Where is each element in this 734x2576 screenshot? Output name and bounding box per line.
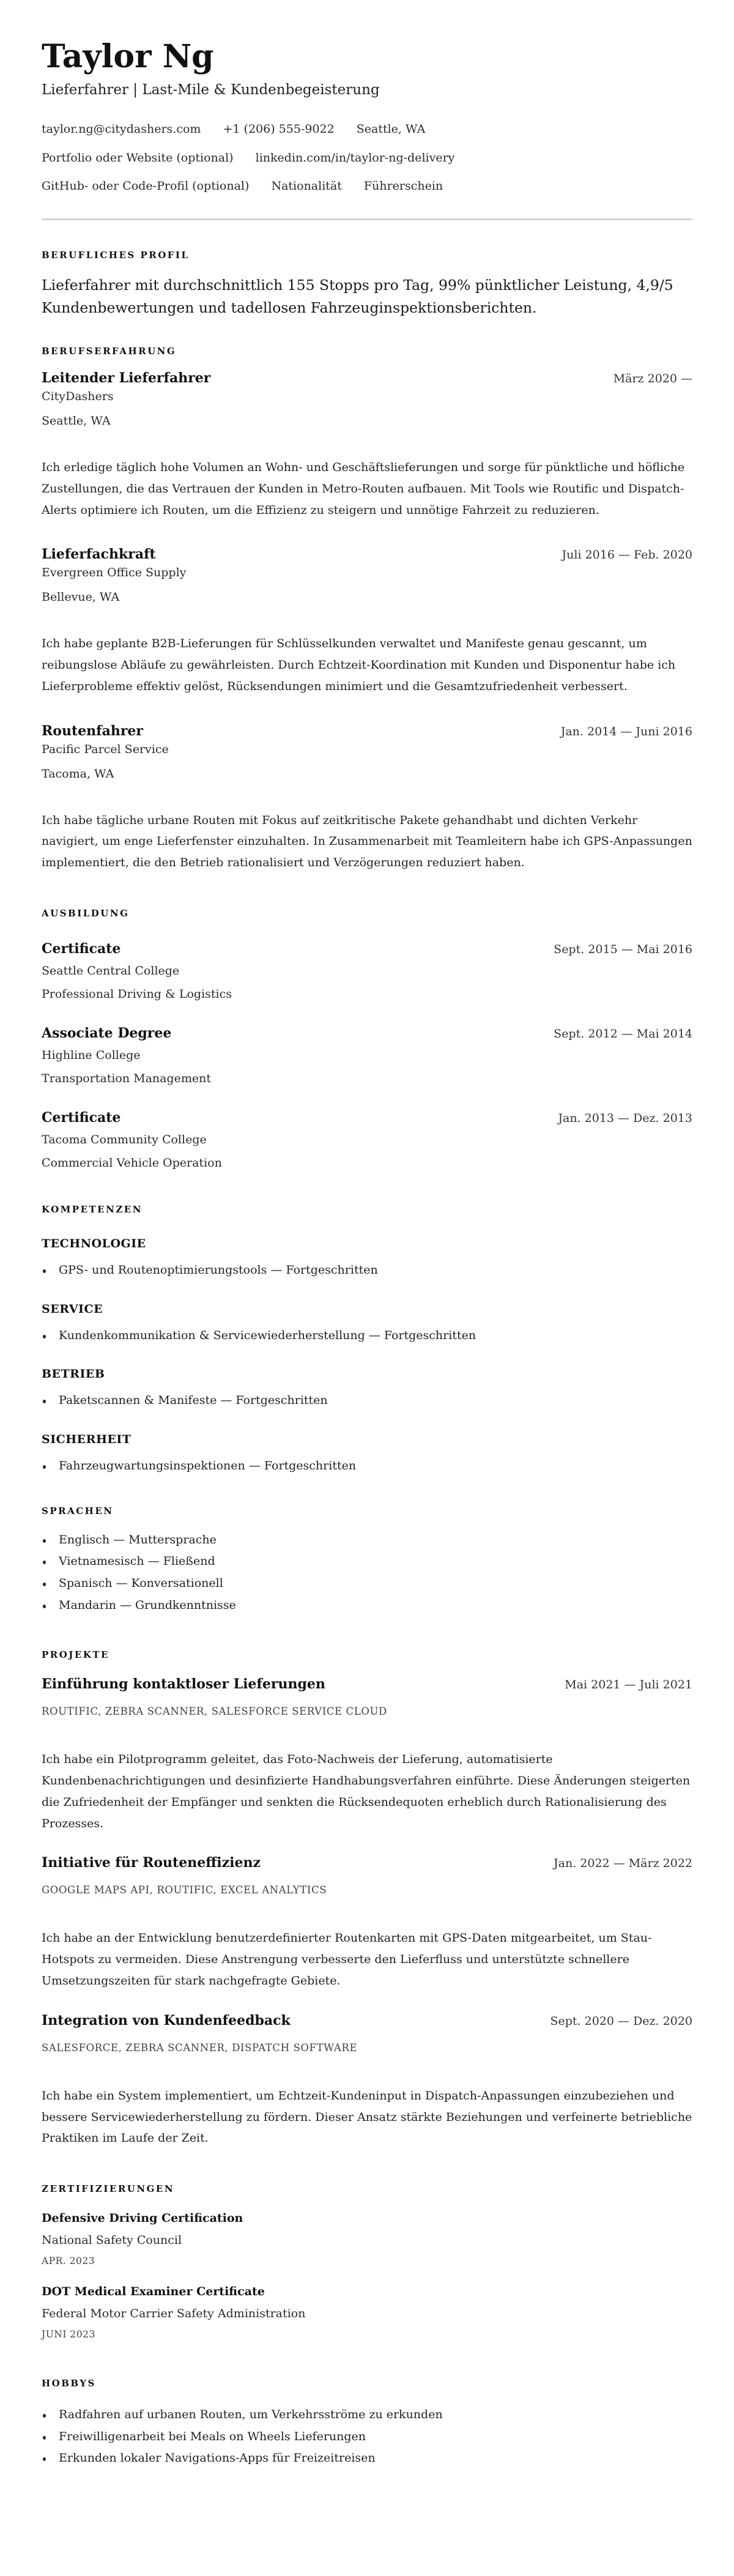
certification-name: Defensive Driving Certification: [42, 2211, 692, 2225]
education-field: Transportation Management: [42, 1072, 692, 1085]
hobby-list: Radfahren auf urbanen Routen, um Verkehr…: [42, 2407, 692, 2466]
contact-github[interactable]: GitHub- oder Code-Profil (optional): [42, 179, 249, 193]
job-company: Pacific Parcel Service: [42, 743, 692, 756]
skill-item: Paketscannen & Manifeste — Fortgeschritt…: [42, 1393, 692, 1408]
skill-item: Fahrzeugwartungsinspektionen — Fortgesch…: [42, 1458, 692, 1474]
project-tech-stack: Routific, Zebra Scanner, Salesforce Serv…: [42, 1706, 692, 1717]
education-dates: Sept. 2012 — Mai 2014: [554, 1027, 692, 1041]
job-description: Ich erledige täglich hohe Volumen an Woh…: [42, 457, 692, 521]
education-field: Commercial Vehicle Operation: [42, 1156, 692, 1170]
certification-date: Juni 2023: [42, 2329, 692, 2340]
certification-entry: Defensive Driving Certification National…: [42, 2211, 692, 2266]
education-school: Seattle Central College: [42, 964, 692, 978]
section-title-skills: Kompetenzen: [42, 1204, 692, 1215]
project-description: Ich habe an der Entwicklung benutzerdefi…: [42, 1928, 692, 1991]
language-item: Vietnamesisch — Fließend: [42, 1554, 692, 1569]
contact-nationality: Nationalität: [271, 179, 341, 193]
job-entry: Lieferfachkraft Juli 2016 — Feb. 2020 Ev…: [42, 546, 692, 697]
project-entry: Initiative für Routeneffizienz Jan. 2022…: [42, 1855, 692, 1991]
job-dates: Juli 2016 — Feb. 2020: [562, 548, 692, 562]
skill-item: Kundenkommunikation & Servicewiederherst…: [42, 1328, 692, 1343]
project-dates: Sept. 2020 — Dez. 2020: [550, 2014, 693, 2028]
job-entry: Routenfahrer Jan. 2014 — Juni 2016 Pacif…: [42, 723, 692, 874]
language-item: Mandarin — Grundkenntnisse: [42, 1598, 692, 1613]
job-title: Leitender Lieferfahrer: [42, 370, 210, 386]
job-description: Ich habe geplante B2B-Lieferungen für Sc…: [42, 633, 692, 697]
certification-issuer: Federal Motor Carrier Safety Administrat…: [42, 2307, 692, 2320]
project-title: Einführung kontaktloser Lieferungen: [42, 1676, 325, 1692]
job-company: Evergreen Office Supply: [42, 566, 692, 579]
job-location: Tacoma, WA: [42, 767, 692, 781]
section-title-hobbies: Hobbys: [42, 2378, 692, 2389]
job-location: Seattle, WA: [42, 414, 692, 428]
education-dates: Sept. 2015 — Mai 2016: [554, 943, 692, 956]
contact-linkedin[interactable]: linkedin.com/in/taylor-ng-delivery: [256, 151, 455, 165]
education-dates: Jan. 2013 — Dez. 2013: [558, 1112, 692, 1125]
language-list: Englisch — Muttersprache Vietnamesisch —…: [42, 1532, 692, 1613]
contact-license: Führerschein: [364, 179, 443, 193]
project-tech-stack: Salesforce, Zebra Scanner, Dispatch Soft…: [42, 2042, 692, 2054]
hobby-item: Erkunden lokaler Navigations-Apps für Fr…: [42, 2451, 692, 2466]
project-dates: Mai 2021 — Juli 2021: [565, 1678, 692, 1691]
skill-list: Fahrzeugwartungsinspektionen — Fortgesch…: [42, 1458, 692, 1474]
certification-issuer: National Safety Council: [42, 2233, 692, 2247]
project-description: Ich habe ein System implementiert, um Ec…: [42, 2085, 692, 2149]
skill-category: Betrieb: [42, 1367, 692, 1381]
certification-entry: DOT Medical Examiner Certificate Federal…: [42, 2285, 692, 2340]
resume-header: Taylor Ng Lieferfahrer | Last-Mile & Kun…: [42, 39, 692, 220]
project-description: Ich habe ein Pilotprogramm geleitet, das…: [42, 1749, 692, 1834]
job-company: CityDashers: [42, 390, 692, 403]
job-entry: Leitender Lieferfahrer März 2020 — CityD…: [42, 370, 692, 521]
education-entry: Associate Degree Sept. 2012 — Mai 2014 H…: [42, 1025, 692, 1085]
job-description: Ich habe tägliche urbane Routen mit Foku…: [42, 810, 692, 874]
contact-row-extra: GitHub- oder Code-Profil (optional) Nati…: [42, 179, 692, 194]
skill-category: Technologie: [42, 1237, 692, 1250]
section-education: Ausbildung Certificate Sept. 2015 — Mai …: [42, 908, 692, 1170]
candidate-name: Taylor Ng: [42, 39, 692, 74]
skill-list: Kundenkommunikation & Servicewiederherst…: [42, 1328, 692, 1343]
contact-row-links: Portfolio oder Website (optional) linked…: [42, 150, 692, 166]
certification-date: Apr. 2023: [42, 2255, 692, 2266]
section-hobbies: Hobbys Radfahren auf urbanen Routen, um …: [42, 2378, 692, 2466]
contact-portfolio[interactable]: Portfolio oder Website (optional): [42, 151, 234, 165]
section-title-projects: Projekte: [42, 1649, 692, 1660]
section-title-profile: Berufliches Profil: [42, 250, 692, 261]
section-title-education: Ausbildung: [42, 908, 692, 919]
skill-group: Sicherheit Fahrzeugwartungsinspektionen …: [42, 1433, 692, 1474]
section-languages: Sprachen Englisch — Muttersprache Vietna…: [42, 1505, 692, 1613]
section-title-experience: Berufserfahrung: [42, 346, 692, 357]
education-entry: Certificate Jan. 2013 — Dez. 2013 Tacoma…: [42, 1110, 692, 1170]
education-degree: Associate Degree: [42, 1025, 171, 1041]
section-profile: Berufliches Profil Lieferfahrer mit durc…: [42, 250, 692, 319]
education-school: Tacoma Community College: [42, 1133, 692, 1146]
hobby-item: Freiwilligenarbeit bei Meals on Wheels L…: [42, 2429, 692, 2444]
education-degree: Certificate: [42, 941, 120, 957]
skill-category: Sicherheit: [42, 1433, 692, 1446]
project-title: Integration von Kundenfeedback: [42, 2013, 291, 2029]
hobby-item: Radfahren auf urbanen Routen, um Verkehr…: [42, 2407, 692, 2422]
section-title-certifications: Zertifizierungen: [42, 2183, 692, 2194]
contact-row-primary: taylor.ng@citydashers.com +1 (206) 555-9…: [42, 122, 692, 137]
job-dates: Jan. 2014 — Juni 2016: [561, 725, 692, 738]
resume-page: Taylor Ng Lieferfahrer | Last-Mile & Kun…: [0, 0, 734, 2509]
education-school: Highline College: [42, 1049, 692, 1062]
job-title: Lieferfachkraft: [42, 546, 156, 562]
contact-email[interactable]: taylor.ng@citydashers.com: [42, 122, 201, 136]
section-skills: Kompetenzen Technologie GPS- und Routeno…: [42, 1204, 692, 1474]
language-item: Spanisch — Konversationell: [42, 1576, 692, 1591]
section-title-languages: Sprachen: [42, 1505, 692, 1516]
education-degree: Certificate: [42, 1110, 120, 1126]
job-location: Bellevue, WA: [42, 590, 692, 604]
skill-list: GPS- und Routenoptimierungstools — Fortg…: [42, 1263, 692, 1278]
language-item: Englisch — Muttersprache: [42, 1532, 692, 1548]
contact-location: Seattle, WA: [357, 122, 426, 136]
skill-list: Paketscannen & Manifeste — Fortgeschritt…: [42, 1393, 692, 1408]
candidate-headline: Lieferfahrer | Last-Mile & Kundenbegeist…: [42, 81, 692, 100]
skill-item: GPS- und Routenoptimierungstools — Fortg…: [42, 1263, 692, 1278]
contact-phone[interactable]: +1 (206) 555-9022: [223, 122, 334, 136]
section-certifications: Zertifizierungen Defensive Driving Certi…: [42, 2183, 692, 2340]
skill-group: Technologie GPS- und Routenoptimierungst…: [42, 1237, 692, 1278]
project-tech-stack: Google Maps API, Routific, Excel Analyti…: [42, 1884, 692, 1896]
job-dates: März 2020 —: [614, 372, 692, 385]
skill-group: Service Kundenkommunikation & Servicewie…: [42, 1302, 692, 1343]
skill-group: Betrieb Paketscannen & Manifeste — Fortg…: [42, 1367, 692, 1408]
project-dates: Jan. 2022 — März 2022: [554, 1857, 692, 1870]
section-projects: Projekte Einführung kontaktloser Lieferu…: [42, 1649, 692, 2149]
profile-summary: Lieferfahrer mit durchschnittlich 155 St…: [42, 274, 692, 319]
skill-category: Service: [42, 1302, 692, 1316]
job-title: Routenfahrer: [42, 723, 143, 739]
project-title: Initiative für Routeneffizienz: [42, 1855, 261, 1871]
education-field: Professional Driving & Logistics: [42, 987, 692, 1001]
section-experience: Berufserfahrung Leitender Lieferfahrer M…: [42, 346, 692, 874]
project-entry: Integration von Kundenfeedback Sept. 202…: [42, 2013, 692, 2149]
education-entry: Certificate Sept. 2015 — Mai 2016 Seattl…: [42, 941, 692, 1001]
project-entry: Einführung kontaktloser Lieferungen Mai …: [42, 1676, 692, 1834]
header-divider: [42, 218, 692, 220]
certification-name: DOT Medical Examiner Certificate: [42, 2285, 692, 2298]
